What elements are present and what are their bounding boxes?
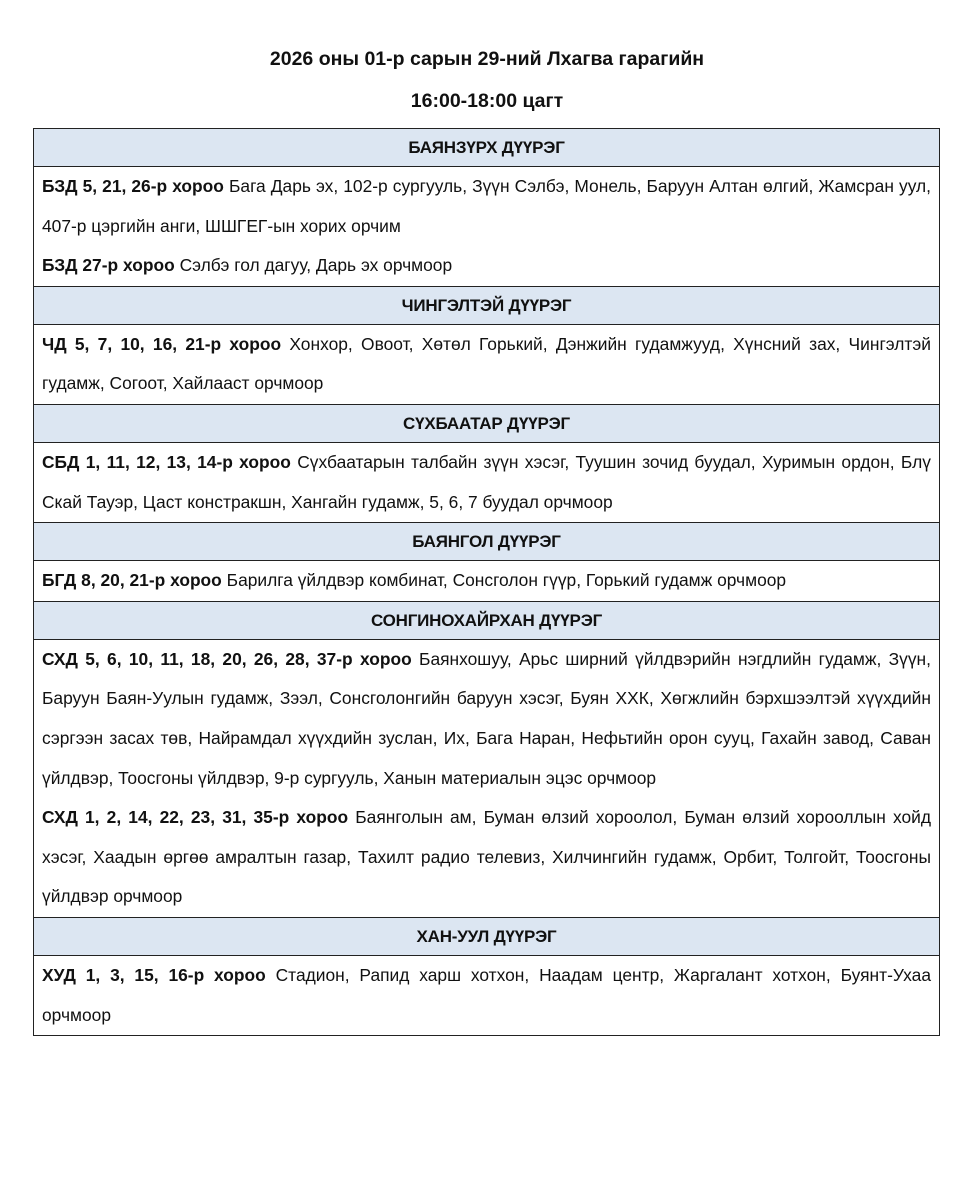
district-body-row: ХУД 1, 3, 15, 16-р хороо Стадион, Рапид … — [34, 955, 940, 1035]
khoroo-code: СБД 1, 11, 12, 13, 14-р хороо — [42, 452, 291, 472]
khoroo-code: СХД 5, 6, 10, 11, 18, 20, 26, 28, 37-р х… — [42, 649, 412, 669]
district-header-row: ХАН-УУЛ ДҮҮРЭГ — [34, 917, 940, 955]
khoroo-code: БЗД 5, 21, 26-р хороо — [42, 176, 224, 196]
district-name: СОНГИНОХАЙРХАН ДҮҮРЭГ — [34, 601, 940, 639]
district-name: ХАН-УУЛ ДҮҮРЭГ — [34, 917, 940, 955]
district-header-row: БАЯНЗҮРХ ДҮҮРЭГ — [34, 129, 940, 167]
khoroo-entry: БЗД 5, 21, 26-р хороо Бага Дарь эх, 102-… — [42, 167, 931, 246]
district-name: СҮХБААТАР ДҮҮРЭГ — [34, 404, 940, 442]
affected-places: Сэлбэ гол дагуу, Дарь эх орчмоор — [180, 255, 453, 275]
affected-places: Барилга үйлдвэр комбинат, Сонсголон гүүр… — [227, 570, 786, 590]
district-header-row: СҮХБААТАР ДҮҮРЭГ — [34, 404, 940, 442]
district-name: БАЯНГОЛ ДҮҮРЭГ — [34, 523, 940, 561]
khoroo-entry: ЧД 5, 7, 10, 16, 21-р хороо Хонхор, Овоо… — [42, 325, 931, 404]
district-name: ЧИНГЭЛТЭЙ ДҮҮРЭГ — [34, 286, 940, 324]
affected-places: Баянхошуу, Арьс ширний үйлдвэрийн нэгдли… — [42, 649, 931, 788]
document-title: 2026 оны 01-р сарын 29-ний Лхагва гараги… — [0, 48, 974, 71]
district-body-row: БЗД 5, 21, 26-р хороо Бага Дарь эх, 102-… — [34, 167, 940, 287]
khoroo-entry: СБД 1, 11, 12, 13, 14-р хороо Сүхбаатары… — [42, 443, 931, 522]
khoroo-code: ЧД 5, 7, 10, 16, 21-р хороо — [42, 334, 281, 354]
district-header-row: БАЯНГОЛ ДҮҮРЭГ — [34, 523, 940, 561]
district-header-row: СОНГИНОХАЙРХАН ДҮҮРЭГ — [34, 601, 940, 639]
khoroo-entry: ХУД 1, 3, 15, 16-р хороо Стадион, Рапид … — [42, 956, 931, 1035]
district-name: БАЯНЗҮРХ ДҮҮРЭГ — [34, 129, 940, 167]
district-body-row: СБД 1, 11, 12, 13, 14-р хороо Сүхбаатары… — [34, 442, 940, 522]
khoroo-entry: СХД 1, 2, 14, 22, 23, 31, 35-р хороо Бая… — [42, 798, 931, 917]
khoroo-code: ХУД 1, 3, 15, 16-р хороо — [42, 965, 266, 985]
district-header-row: ЧИНГЭЛТЭЙ ДҮҮРЭГ — [34, 286, 940, 324]
khoroo-code: СХД 1, 2, 14, 22, 23, 31, 35-р хороо — [42, 807, 348, 827]
district-areas-cell: ХУД 1, 3, 15, 16-р хороо Стадион, Рапид … — [34, 955, 940, 1035]
district-areas-cell: БГД 8, 20, 21-р хороо Барилга үйлдвэр ко… — [34, 561, 940, 602]
outage-schedule-table: БАЯНЗҮРХ ДҮҮРЭГБЗД 5, 21, 26-р хороо Баг… — [33, 128, 940, 1036]
district-body-row: БГД 8, 20, 21-р хороо Барилга үйлдвэр ко… — [34, 561, 940, 602]
district-areas-cell: ЧД 5, 7, 10, 16, 21-р хороо Хонхор, Овоо… — [34, 324, 940, 404]
district-body-row: СХД 5, 6, 10, 11, 18, 20, 26, 28, 37-р х… — [34, 639, 940, 917]
khoroo-code: БЗД 27-р хороо — [42, 255, 175, 275]
document-time-range: 16:00-18:00 цагт — [0, 90, 974, 113]
khoroo-entry: СХД 5, 6, 10, 11, 18, 20, 26, 28, 37-р х… — [42, 640, 931, 798]
khoroo-code: БГД 8, 20, 21-р хороо — [42, 570, 222, 590]
khoroo-entry: БГД 8, 20, 21-р хороо Барилга үйлдвэр ко… — [42, 561, 931, 601]
district-body-row: ЧД 5, 7, 10, 16, 21-р хороо Хонхор, Овоо… — [34, 324, 940, 404]
district-areas-cell: СБД 1, 11, 12, 13, 14-р хороо Сүхбаатары… — [34, 442, 940, 522]
district-areas-cell: БЗД 5, 21, 26-р хороо Бага Дарь эх, 102-… — [34, 167, 940, 287]
district-areas-cell: СХД 5, 6, 10, 11, 18, 20, 26, 28, 37-р х… — [34, 639, 940, 917]
khoroo-entry: БЗД 27-р хороо Сэлбэ гол дагуу, Дарь эх … — [42, 246, 931, 286]
